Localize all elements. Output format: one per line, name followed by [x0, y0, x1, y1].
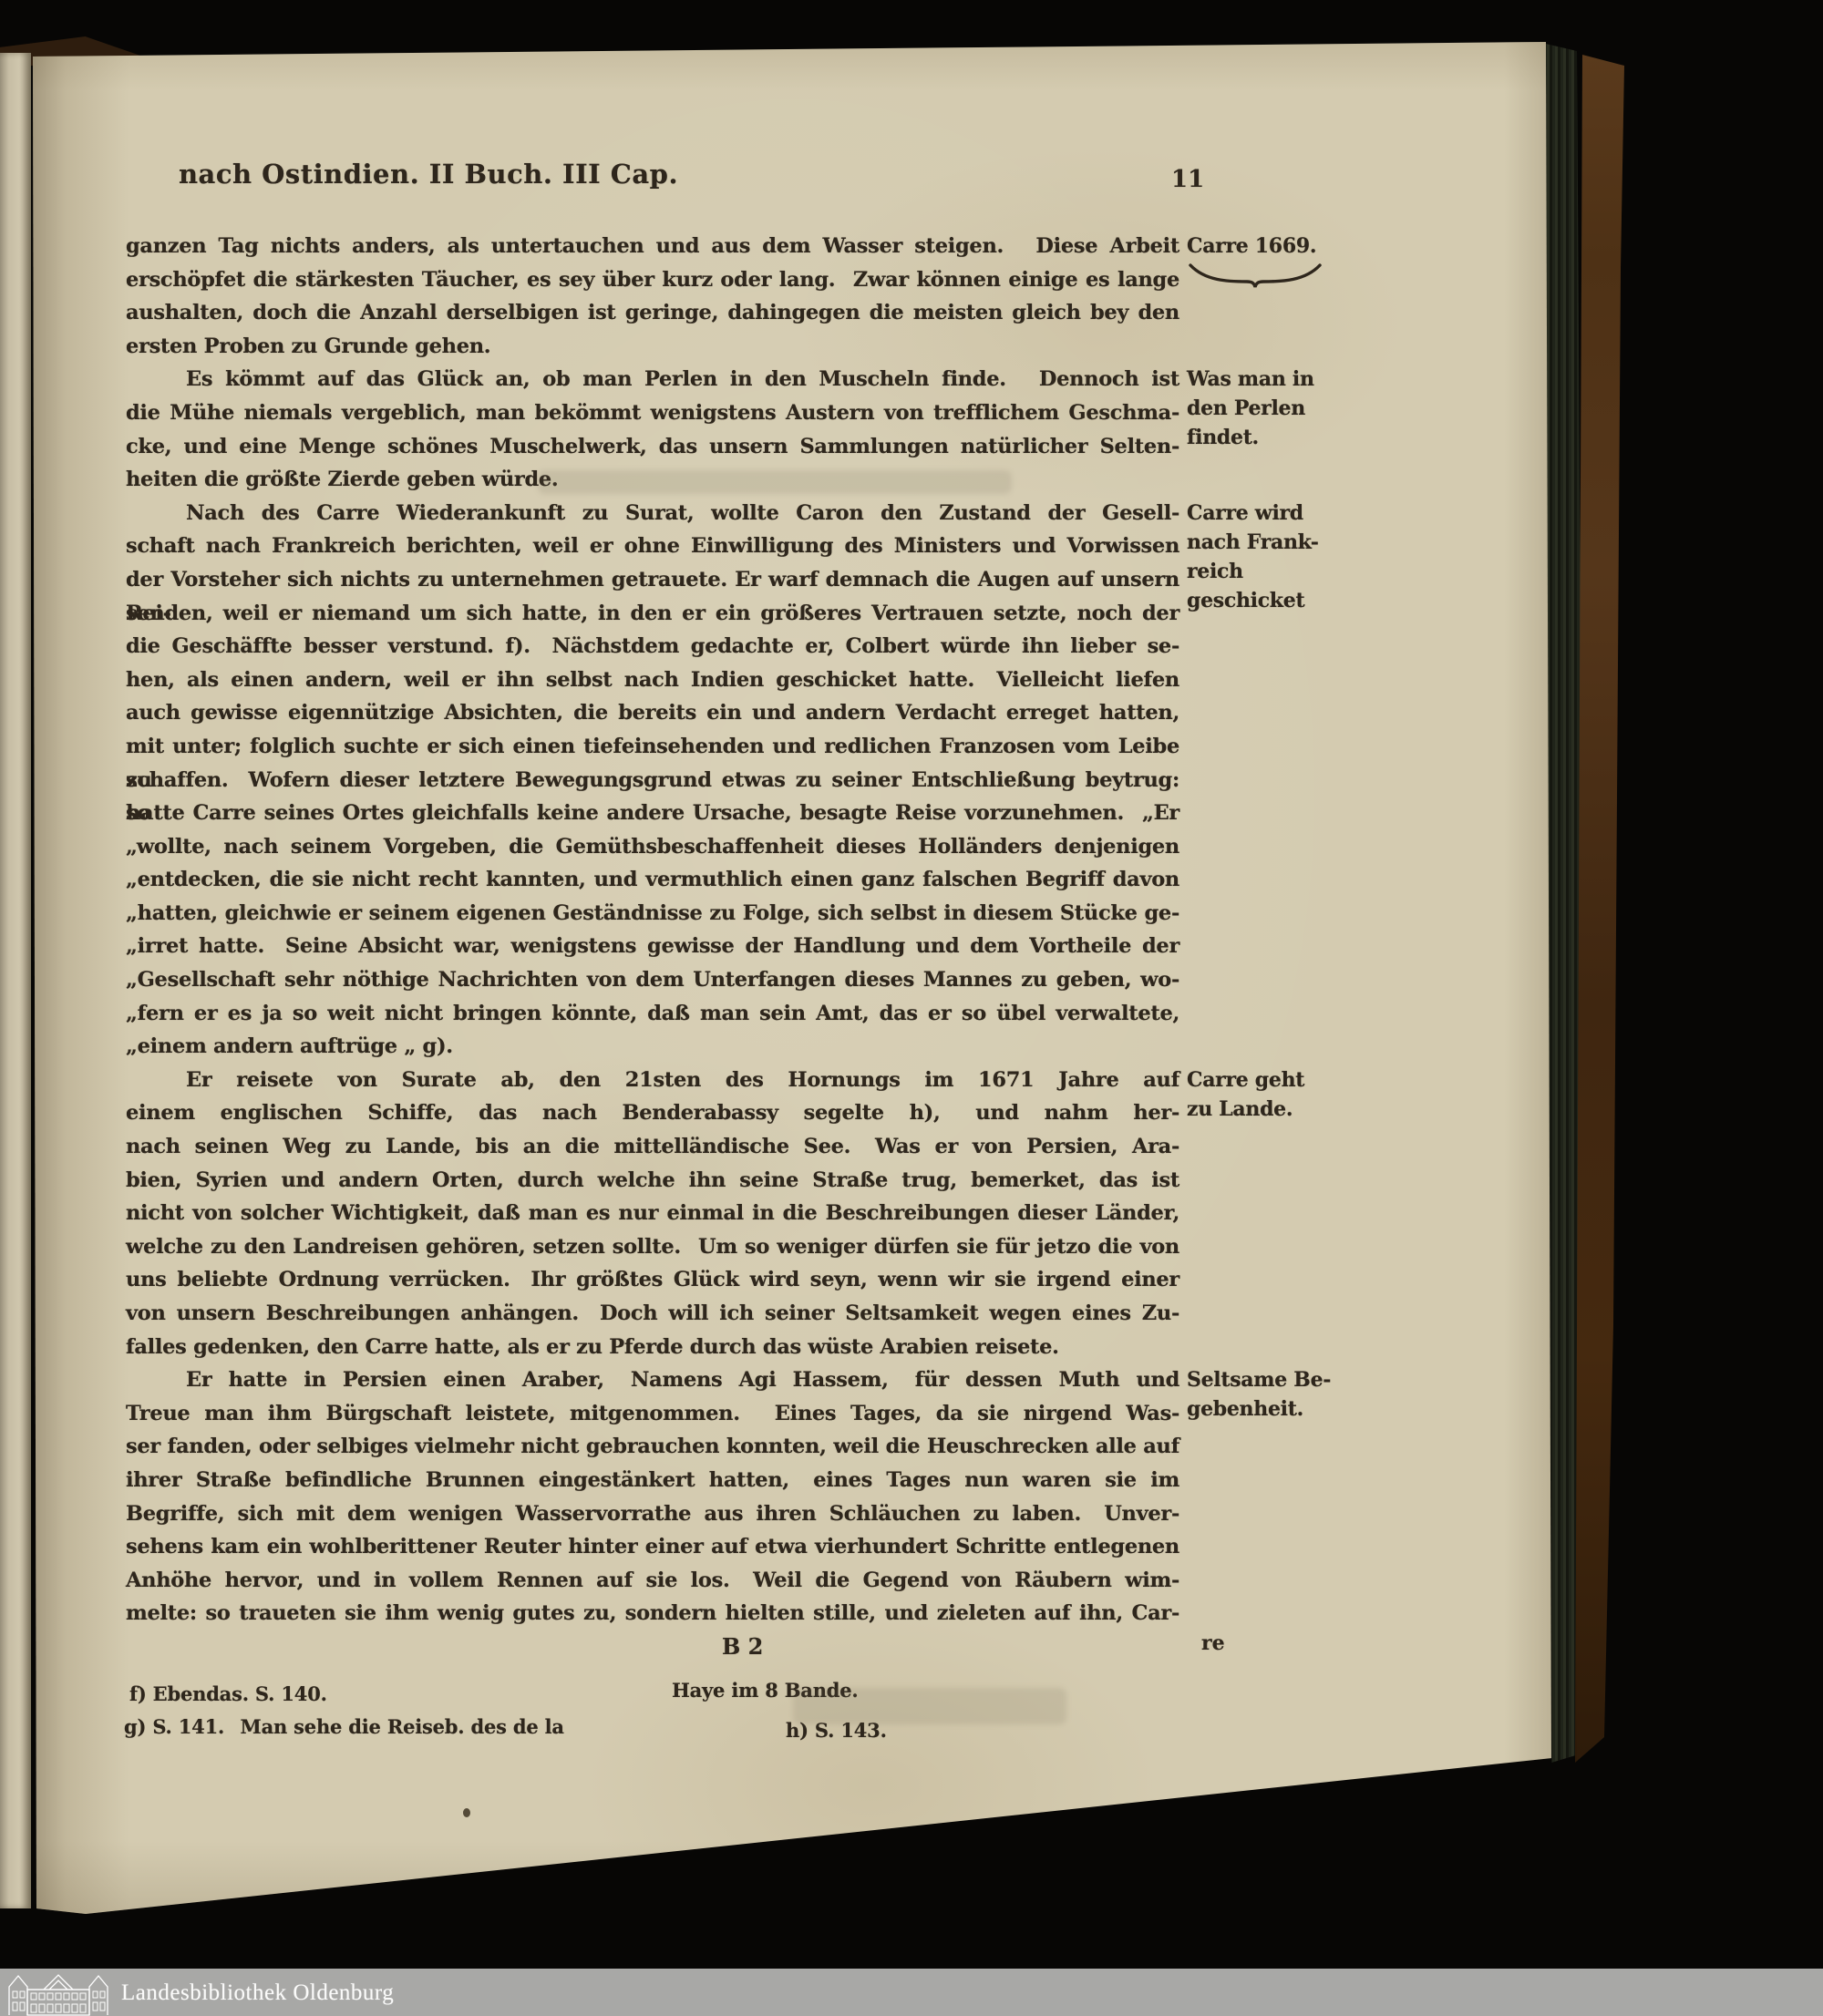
body-text-line: schaft nach Frankreich berichten, weil e… — [126, 530, 1179, 563]
body-text-line: mit unter; folglich suchte er sich einen… — [126, 730, 1179, 764]
body-text-line: „entdecken, die sie nicht recht kannten,… — [126, 863, 1179, 897]
sidenote: Carre wirdnach Frank-reich geschicket — [1187, 499, 1365, 615]
sidenote: Carre gehtzu Lande. — [1187, 1065, 1365, 1124]
sidenote: Seltsame Be-gebenheit. — [1187, 1365, 1365, 1424]
sidenote-line: nach Frank- — [1187, 528, 1365, 557]
sidenote-line: Carre wird — [1187, 499, 1365, 528]
body-text-line: „fern er es ja so weit nicht bringen kön… — [126, 997, 1179, 1031]
sidenote-line: zu Lande. — [1187, 1095, 1365, 1124]
sidenote-line: Carre geht — [1187, 1065, 1365, 1095]
sidenote-line: Was man in — [1187, 365, 1365, 394]
body-text-line: die Mühe niemals vergeblich, man bekömmt… — [126, 396, 1179, 430]
body-text-line: einem englischen Schiffe, das nach Bende… — [126, 1096, 1179, 1130]
sidenote-line: reich geschicket — [1187, 557, 1365, 615]
body-text-line: von unsern Beschreibungen anhängen. Doch… — [126, 1297, 1179, 1331]
underbrace-mark — [1187, 262, 1323, 288]
sidenote-line: Seltsame Be- — [1187, 1365, 1365, 1394]
body-text-line: ser fanden, oder selbiges vielmehr nicht… — [126, 1430, 1179, 1464]
body-text-line: sehens kam ein wohlberittener Reuter hin… — [126, 1530, 1179, 1564]
library-building-icon — [7, 1971, 109, 2016]
body-text-line: aushalten, doch die Anzahl derselbigen i… — [126, 296, 1179, 330]
body-text-line: Treue man ihm Bürgschaft leistete, mitge… — [126, 1397, 1179, 1431]
body-text: ganzen Tag nichts anders, als untertauch… — [126, 230, 1179, 1630]
sidenote-line: Carre 1669. — [1187, 231, 1365, 261]
body-text-line: Nach des Carre Wiederankunft zu Surat, w… — [126, 497, 1179, 530]
body-text-line: ersten Proben zu Grunde gehen. — [126, 330, 1179, 364]
body-text-line: erschöpfet die stärkesten Täucher, es se… — [126, 263, 1179, 297]
body-text-line: „Gesellschaft sehr nöthige Nachrichten v… — [126, 963, 1179, 997]
sidenote: Carre 1669. — [1187, 231, 1365, 288]
watermark-bar: Landesbibliothek Oldenburg — [0, 1969, 1823, 2016]
sidenote-line: findet. — [1187, 423, 1365, 452]
body-text-line: der Vorsteher sich nichts zu unternehmen… — [126, 563, 1179, 597]
body-text-line: ihrer Straße befindliche Brunnen eingest… — [126, 1464, 1179, 1497]
library-name: Landesbibliothek Oldenburg — [121, 1980, 394, 2006]
body-text-line: „einem andern auftrüge „ g). — [126, 1030, 1179, 1064]
body-text-line: welche zu den Landreisen gehören, setzen… — [126, 1230, 1179, 1264]
bleedthrough-smudge — [793, 1688, 1066, 1724]
facing-page-edge — [0, 53, 31, 1908]
book-page: nach Ostindien. II Buch. III Cap. 11 gan… — [27, 42, 1562, 1918]
body-text-line: „irret hatte. Seine Absicht war, wenigst… — [126, 930, 1179, 963]
body-text-line: falles gedenken, den Carre hatte, als er… — [126, 1331, 1179, 1364]
body-text-line: nicht von solcher Wichtigkeit, daß man e… — [126, 1197, 1179, 1230]
body-text-line: Anhöhe hervor, und in vollem Rennen auf … — [126, 1564, 1179, 1598]
body-text-line: schaffen. Wofern dieser letztere Bewegun… — [126, 764, 1179, 797]
body-text-line: auch gewisse eigennützige Absichten, die… — [126, 696, 1179, 730]
body-text-line: hen, als einen andern, weil er ihn selbs… — [126, 663, 1179, 697]
body-text-line: „hatten, gleichwie er seinem eigenen Ges… — [126, 897, 1179, 931]
bleedthrough-smudge — [538, 470, 1012, 494]
sidenote-line: gebenheit. — [1187, 1394, 1365, 1424]
body-text-line: „wollte, nach seinem Vorgeben, die Gemüt… — [126, 830, 1179, 864]
sidenote: Was man inden Perlenfindet. — [1187, 365, 1365, 452]
footnote: g) S. 141. Man sehe die Reiseb. des de l… — [124, 1715, 564, 1738]
body-text-line: Es kömmt auf das Glück an, ob man Perlen… — [126, 363, 1179, 396]
body-text-line: uns beliebte Ordnung verrücken. Ihr größ… — [126, 1263, 1179, 1297]
signature-mark: B 2 — [722, 1633, 763, 1660]
body-text-line: cke, und eine Menge schönes Muschelwerk,… — [126, 430, 1179, 464]
page-number: 11 — [1171, 166, 1204, 193]
body-text-line: hatte Carre seines Ortes gleichfalls kei… — [126, 797, 1179, 830]
body-text-line: die Geschäffte besser verstund. f). Näch… — [126, 630, 1179, 663]
body-text-line: senden, weil er niemand um sich hatte, i… — [126, 597, 1179, 631]
ink-spot — [463, 1808, 470, 1817]
body-text-line: Er reisete von Surate ab, den 21sten des… — [126, 1064, 1179, 1097]
scanned-book-page-view: nach Ostindien. II Buch. III Cap. 11 gan… — [0, 0, 1823, 2016]
body-text-line: melte: so traueten sie ihm wenig gutes z… — [126, 1597, 1179, 1630]
body-text-line: bien, Syrien und andern Orten, durch wel… — [126, 1164, 1179, 1198]
body-text-line: ganzen Tag nichts anders, als untertauch… — [126, 230, 1179, 263]
sidenote-line: den Perlen — [1187, 394, 1365, 423]
running-head: nach Ostindien. II Buch. III Cap. — [173, 159, 684, 190]
body-text-line: nach seinen Weg zu Lande, bis an die mit… — [126, 1130, 1179, 1164]
body-text-line: Begriffe, sich mit dem wenigen Wasservor… — [126, 1497, 1179, 1531]
catchword: re — [1201, 1631, 1225, 1655]
footnote: f) Ebendas. S. 140. — [129, 1682, 327, 1705]
body-text-line: Er hatte in Persien einen Araber, Namens… — [126, 1363, 1179, 1397]
